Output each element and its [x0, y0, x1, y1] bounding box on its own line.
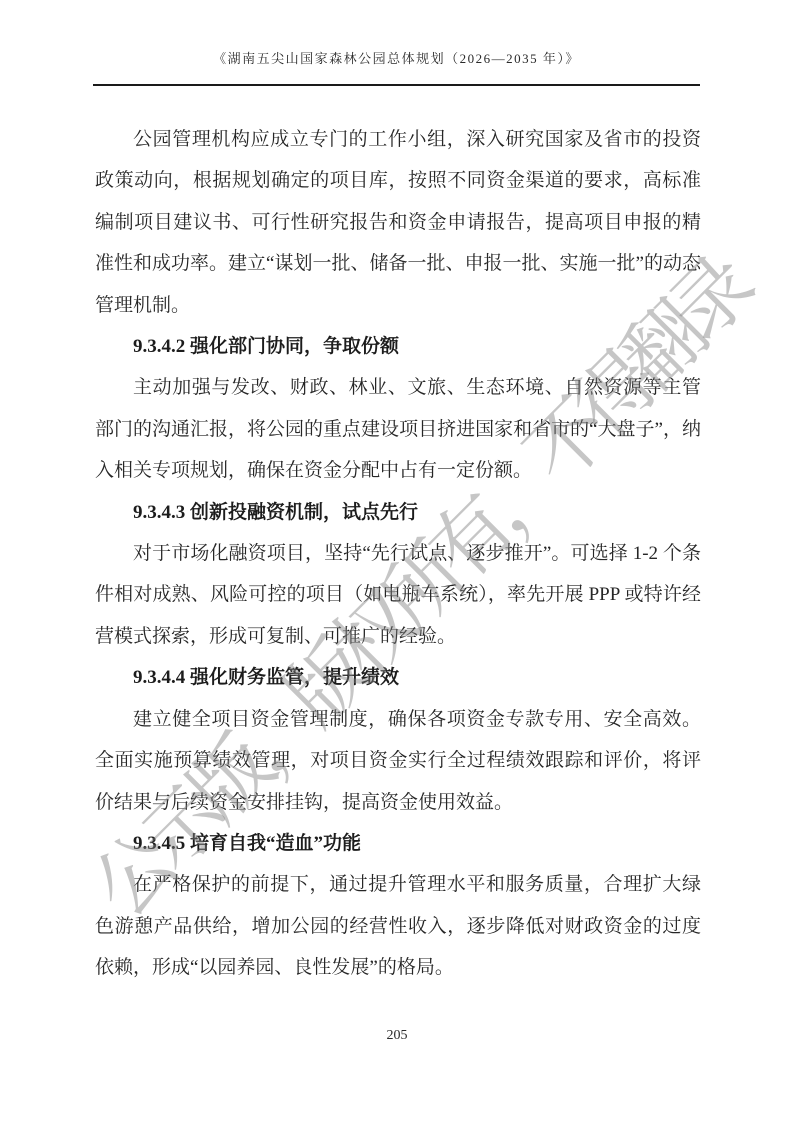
section-heading-9-3-4-5: 9.3.4.5 培育自我“造血”功能 [95, 823, 701, 864]
header-rule [93, 84, 700, 86]
paragraph-financial-supervision: 建立健全项目资金管理制度，确保各项资金专款专用、安全高效。全面实施预算绩效管理，… [95, 699, 701, 823]
section-heading-9-3-4-4: 9.3.4.4 强化财务监管，提升绩效 [95, 657, 701, 698]
document-body: 公园管理机构应成立专门的工作小组，深入研究国家及省市的投资政策动向，根据规划确定… [95, 119, 701, 989]
section-heading-9-3-4-3: 9.3.4.3 创新投融资机制，试点先行 [95, 492, 701, 533]
paragraph-financing-pilot: 对于市场化融资项目，坚持“先行试点、逐步推开”。可选择 1-2 个条件相对成熟、… [95, 533, 701, 657]
document-page: 《湖南五尖山国家森林公园总体规划（2026—2035 年）》 公示版，版权所有，… [0, 0, 794, 1122]
paragraph-self-sustaining: 在严格保护的前提下，通过提升管理水平和服务质量，合理扩大绿色游憩产品供给，增加公… [95, 864, 701, 988]
paragraph-funding-workgroup: 公园管理机构应成立专门的工作小组，深入研究国家及省市的投资政策动向，根据规划确定… [95, 119, 701, 326]
header-title: 《湖南五尖山国家森林公园总体规划（2026—2035 年）》 [93, 48, 700, 67]
paragraph-department-coordination: 主动加强与发改、财政、林业、文旅、生态环境、自然资源等主管部门的沟通汇报，将公园… [95, 367, 701, 491]
page-number: 205 [0, 1028, 794, 1044]
section-heading-9-3-4-2: 9.3.4.2 强化部门协同，争取份额 [95, 326, 701, 367]
